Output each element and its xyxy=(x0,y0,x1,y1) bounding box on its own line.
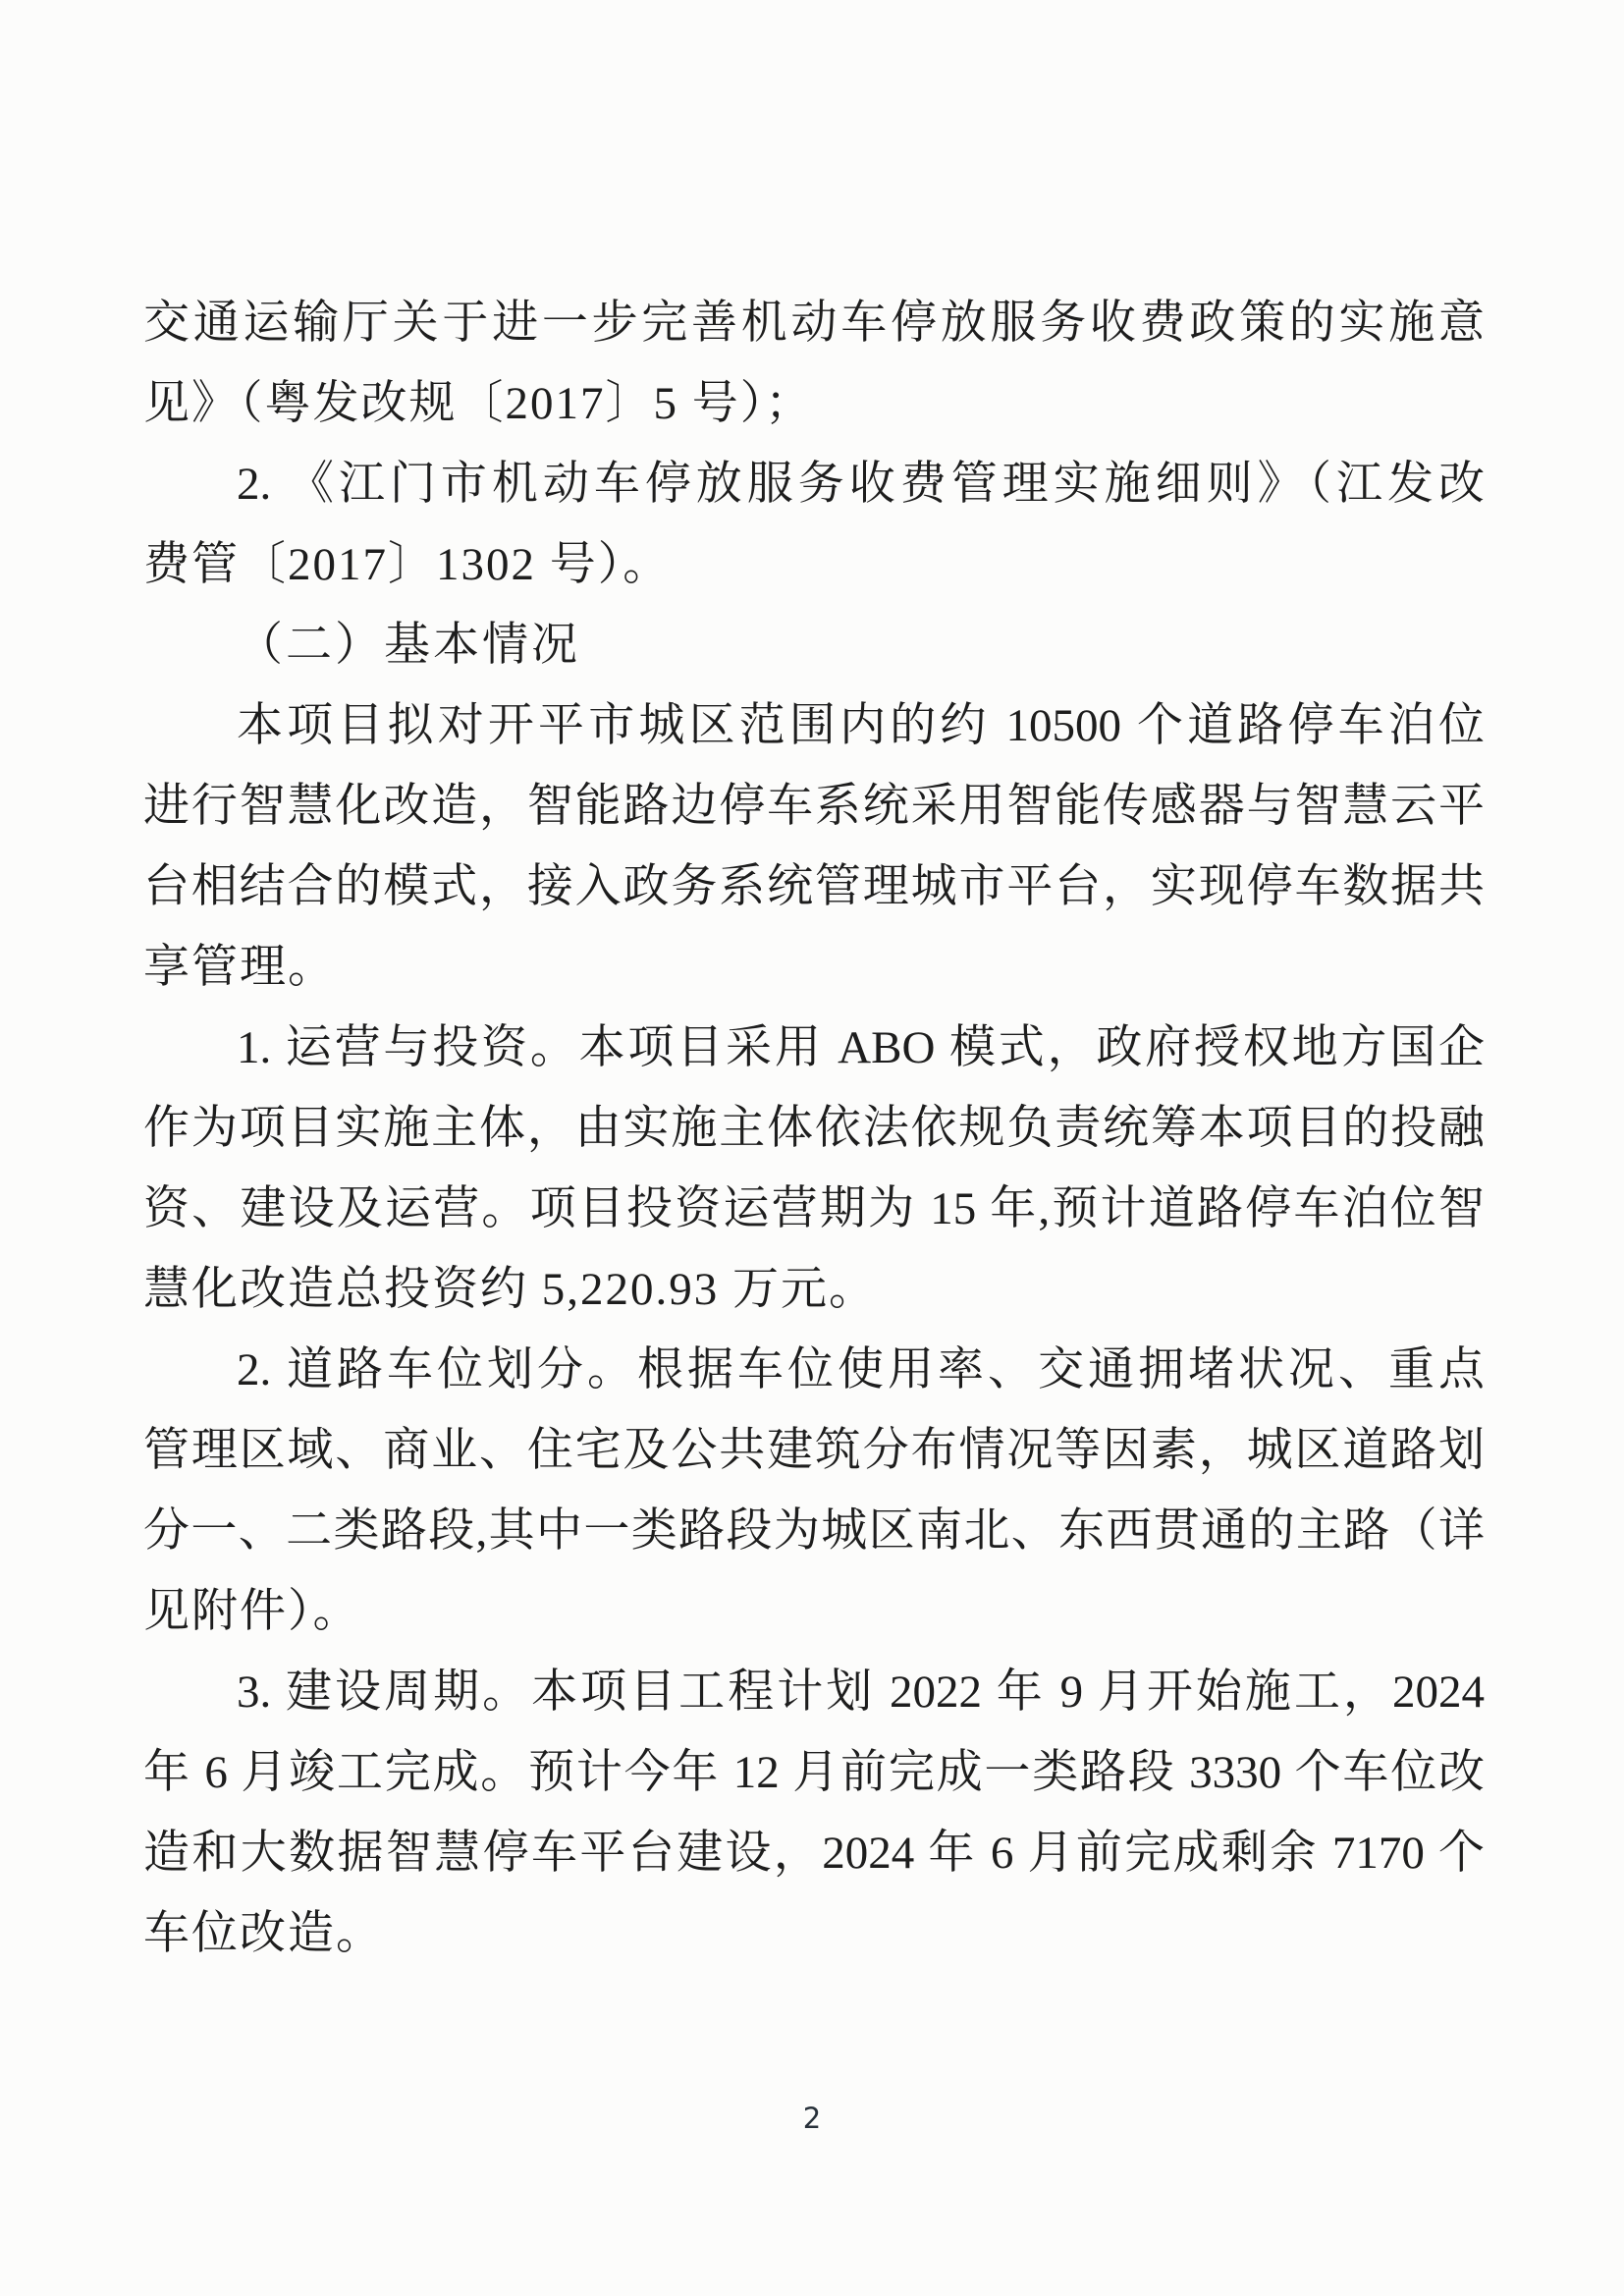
body-line: 见附件）。 xyxy=(143,1571,1485,1652)
body-line: 进行智慧化改造，智能路边停车系统采用智能传感器与智慧云平 xyxy=(143,766,1485,847)
body-line: 管理区域、商业、住宅及公共建筑分布情况等因素，城区道路划 xyxy=(143,1410,1485,1491)
body-line: 台相结合的模式，接入政务系统管理城市平台，实现停车数据共 xyxy=(143,847,1485,927)
document-body: 交通运输厅关于进一步完善机动车停放服务收费政策的实施意 见》（粤发改规〔2017… xyxy=(143,283,1485,1974)
body-line: 分一、二类路段,其中一类路段为城区南北、东西贯通的主路（详 xyxy=(143,1491,1485,1571)
body-line: 车位改造。 xyxy=(143,1893,1485,1974)
page-number: 2 xyxy=(0,2102,1624,2135)
body-line: 本项目拟对开平市城区范围内的约 10500 个道路停车泊位 xyxy=(143,685,1485,766)
body-line: 2. 《江门市机动车停放服务收费管理实施细则》（江发改 xyxy=(143,444,1485,524)
section-heading: （二）基本情况 xyxy=(143,605,1485,685)
body-line: 慧化改造总投资约 5,220.93 万元。 xyxy=(143,1249,1485,1330)
body-line: 造和大数据智慧停车平台建设，2024 年 6 月前完成剩余 7170 个 xyxy=(143,1813,1485,1893)
body-line: 见》（粤发改规〔2017〕5 号）； xyxy=(143,363,1485,444)
body-line: 费管〔2017〕1302 号）。 xyxy=(143,524,1485,605)
body-line: 2. 道路车位划分。根据车位使用率、交通拥堵状况、重点 xyxy=(143,1330,1485,1410)
body-line: 享管理。 xyxy=(143,927,1485,1008)
body-line: 作为项目实施主体，由实施主体依法依规负责统筹本项目的投融 xyxy=(143,1088,1485,1169)
body-line: 3. 建设周期。本项目工程计划 2022 年 9 月开始施工，2024 xyxy=(143,1652,1485,1732)
body-line: 资、建设及运营。项目投资运营期为 15 年,预计道路停车泊位智 xyxy=(143,1169,1485,1249)
body-line: 1. 运营与投资。本项目采用 ABO 模式，政府授权地方国企 xyxy=(143,1008,1485,1088)
document-page: 交通运输厅关于进一步完善机动车停放服务收费政策的实施意 见》（粤发改规〔2017… xyxy=(0,0,1624,2296)
body-line: 年 6 月竣工完成。预计今年 12 月前完成一类路段 3330 个车位改 xyxy=(143,1732,1485,1813)
body-line: 交通运输厅关于进一步完善机动车停放服务收费政策的实施意 xyxy=(143,283,1485,363)
